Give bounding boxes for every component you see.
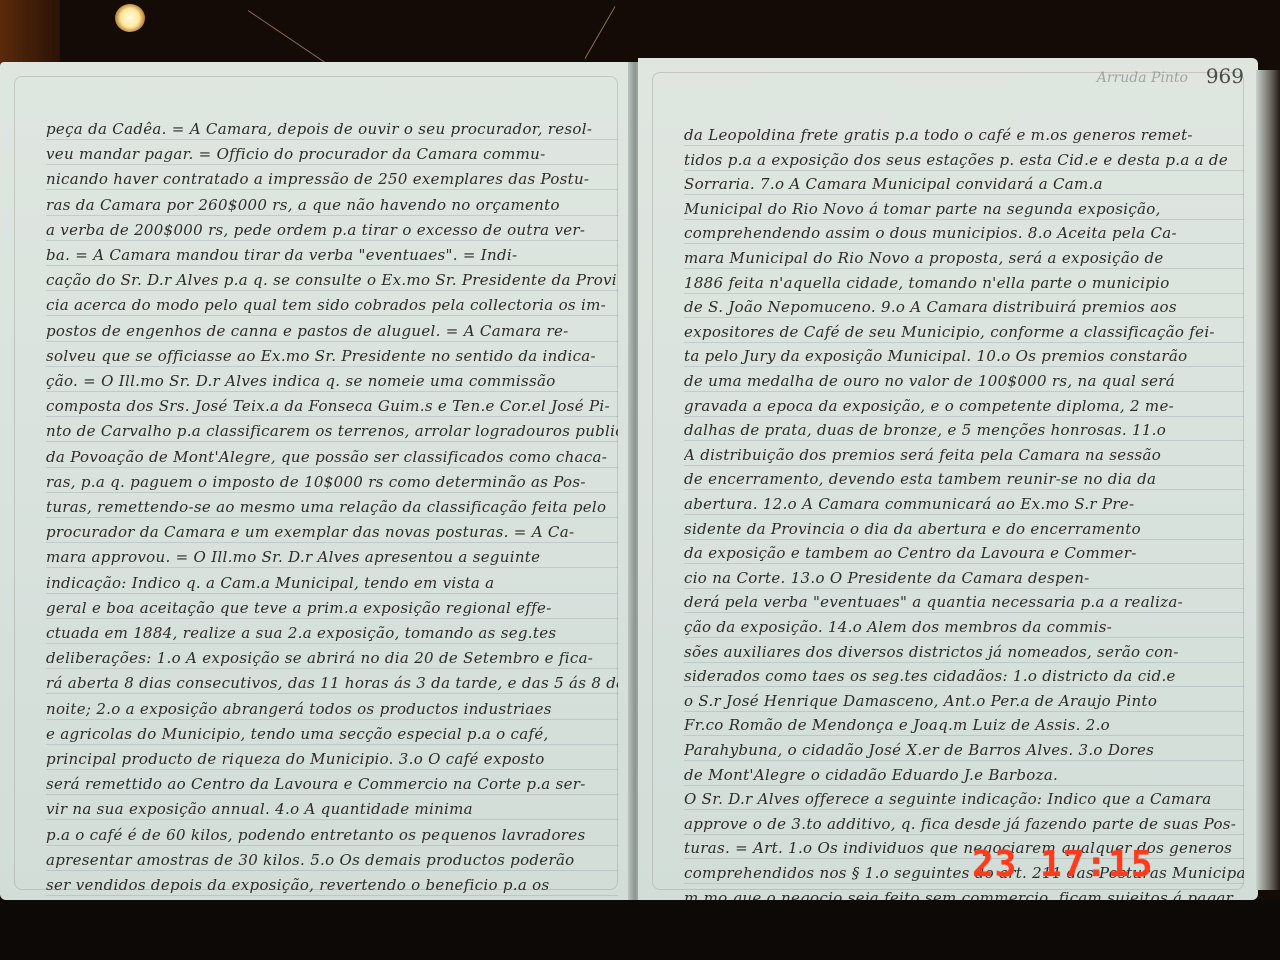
table-surface: [0, 900, 1280, 960]
right-page: Arruda Pinto 969 da Leopoldina frete gra…: [638, 58, 1258, 900]
page-stack-edge: [1256, 70, 1280, 890]
hanging-string: [248, 10, 327, 64]
handwritten-line: expositores, q. determinarão o seu valor…: [46, 893, 618, 900]
left-page: peça da Cadêa. = A Camara, depois de ouv…: [0, 62, 632, 900]
folio-number: 969: [1206, 64, 1244, 88]
camera-timestamp: 23 17:15: [972, 844, 1153, 885]
pencil-annotation: Arruda Pinto: [1097, 70, 1188, 86]
background-wall: [0, 0, 60, 70]
hanging-string: [585, 6, 616, 58]
lamp-light: [115, 4, 145, 32]
handwritten-line: m.mo que o negocio seja feito sem commer…: [684, 881, 1244, 900]
